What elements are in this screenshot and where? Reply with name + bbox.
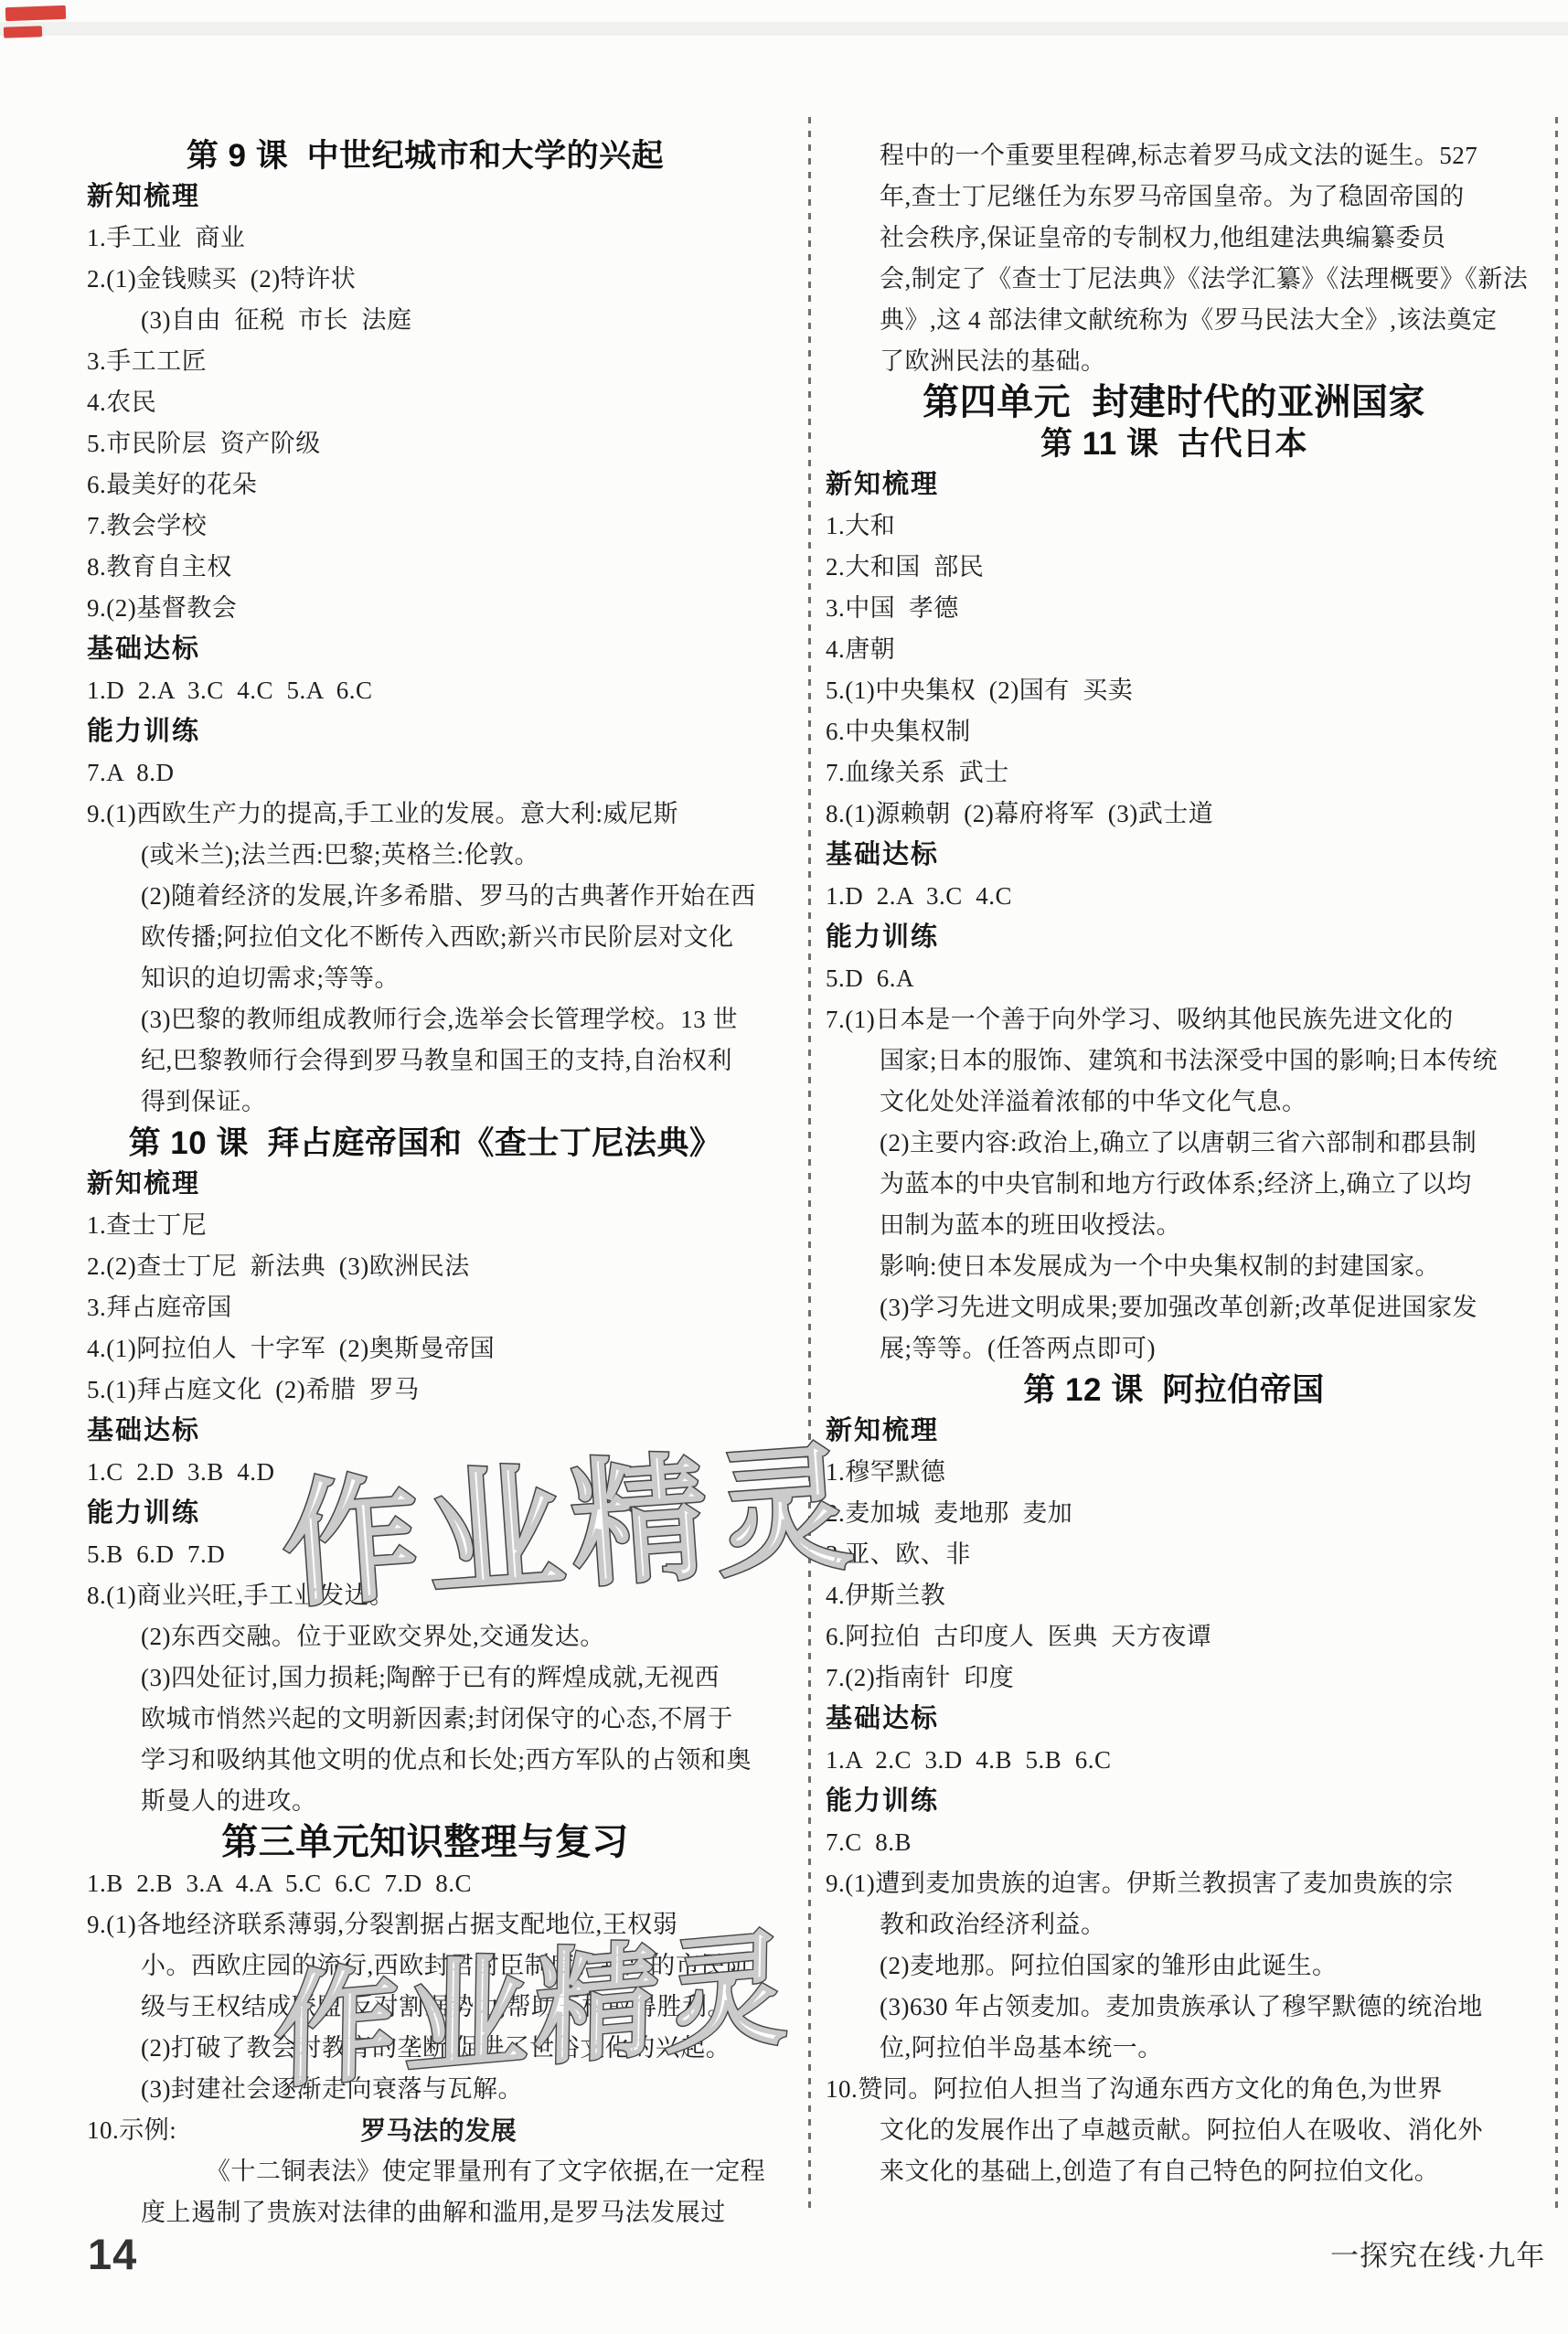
text-line: 2.大和国 部民 xyxy=(826,547,1522,588)
text-line: 9.(1)西欧生产力的提高,手工业的发展。意大利:威尼斯 xyxy=(87,794,763,835)
text-line: 9.(2)基督教会 xyxy=(87,588,763,629)
section-header: 基础达标 xyxy=(826,1699,1522,1740)
text-line: 1.D 2.A 3.C 4.C 5.A 6.C xyxy=(87,670,763,711)
text-line: 来文化的基础上,创造了有自己特色的阿拉伯文化。 xyxy=(826,2151,1522,2192)
text-line: 1.穆罕默德 xyxy=(826,1452,1522,1493)
text-line: 6.阿拉伯 古印度人 医典 天方夜谭 xyxy=(826,1616,1522,1657)
text-line: 10.赞同。阿拉伯人担当了沟通东西方文化的角色,为世界 xyxy=(826,2069,1522,2110)
right-column: 程中的一个重要里程碑,标志着罗马成文法的诞生。527年,查士丁尼继任为东罗马帝国… xyxy=(826,135,1522,2192)
section-header: 基础达标 xyxy=(826,835,1522,876)
text-line: 4.唐朝 xyxy=(826,629,1522,670)
text-line: 7.A 8.D xyxy=(87,752,763,794)
example-line: 10.示例:罗马法的发展 xyxy=(87,2110,763,2151)
text-line: 7.教会学校 xyxy=(87,506,763,547)
section-header: 能力训练 xyxy=(87,711,763,752)
text-line: (3)自由 征税 市长 法庭 xyxy=(87,300,763,341)
scanned-answer-page: { "page": { "number": "14", "footer_text… xyxy=(0,0,1568,2334)
text-line: 文化的发展作出了卓越贡献。阿拉伯人在吸收、消化外 xyxy=(826,2110,1522,2151)
text-line: (2)主要内容:政治上,确立了以唐朝三省六部制和郡县制 xyxy=(826,1123,1522,1164)
text-line: 欧城市悄然兴起的文明新因素;封闭保守的心态,不屑于 xyxy=(87,1699,763,1740)
text-line: (3)巴黎的教师组成教师行会,选举会长管理学校。13 世 xyxy=(87,999,763,1040)
text-line: 为蓝本的中央官制和地方行政体系;经济上,确立了以均 xyxy=(826,1164,1522,1205)
text-line: 5.D 6.A xyxy=(826,958,1522,999)
text-line: 田制为蓝本的班田收授法。 xyxy=(826,1205,1522,1246)
text-line: 了欧洲民法的基础。 xyxy=(826,341,1522,382)
text-line: 4.伊斯兰教 xyxy=(826,1575,1522,1616)
text-line: 文化处处洋溢着浓郁的中华文化气息。 xyxy=(826,1082,1522,1123)
watermark-outlined-text: 作业精灵 xyxy=(268,1402,848,1643)
footer-brand-text: 一探究在线·九年 xyxy=(1330,2233,1545,2274)
text-line: 4.农民 xyxy=(87,382,763,423)
section-header: 能力训练 xyxy=(826,1781,1522,1822)
lesson-title: 第 12 课 阿拉伯帝国 xyxy=(826,1369,1522,1411)
section-header: 新知梳理 xyxy=(87,176,763,218)
text-line: 影响:使日本发展成为一个中央集权制的封建国家。 xyxy=(826,1246,1522,1287)
text-line: 1.D 2.A 3.C 4.C xyxy=(826,876,1522,917)
text-line: 3.亚、欧、非 xyxy=(826,1534,1522,1575)
text-line: 会,制定了《查士丁尼法典》《法学汇纂》《法理概要》《新法 xyxy=(826,259,1522,300)
text-line: 知识的迫切需求;等等。 xyxy=(87,958,763,999)
text-line: 教和政治经济利益。 xyxy=(826,1904,1522,1945)
text-line: 1.大和 xyxy=(826,506,1522,547)
corner-red-mark xyxy=(5,5,66,21)
text-line: 1.B 2.B 3.A 4.A 5.C 6.C 7.D 8.C xyxy=(87,1863,763,1904)
text-line: 展;等等。(任答两点即可) xyxy=(826,1328,1522,1369)
text-line: 《十二铜表法》使定罪量刑有了文字依据,在一定程 xyxy=(87,2151,763,2192)
text-line: 2.麦加城 麦地那 麦加 xyxy=(826,1493,1522,1534)
section-header: 新知梳理 xyxy=(87,1164,763,1205)
text-line: 7.C 8.B xyxy=(826,1822,1522,1863)
example-title: 罗马法的发展 xyxy=(360,2110,517,2151)
section-header: 能力训练 xyxy=(826,917,1522,958)
text-line: 5.市民阶层 资产阶级 xyxy=(87,423,763,464)
lesson-title: 第 9 课 中世纪城市和大学的兴起 xyxy=(87,135,763,176)
page-number: 14 xyxy=(88,2229,137,2279)
unit-title: 第四单元 封建时代的亚洲国家 xyxy=(826,382,1522,423)
text-line: 典》,这 4 部法律文献统称为《罗马民法大全》,该法奠定 xyxy=(826,300,1522,341)
text-line: 7.(1)日本是一个善于向外学习、吸纳其他民族先进文化的 xyxy=(826,999,1522,1040)
text-line: 5.(1)中央集权 (2)国有 买卖 xyxy=(826,670,1522,711)
text-line: 位,阿拉伯半岛基本统一。 xyxy=(826,2028,1522,2069)
column-divider-dashed-line xyxy=(808,117,811,2215)
text-line: 5.(1)拜占庭文化 (2)希腊 罗马 xyxy=(87,1369,763,1411)
text-line: (3)四处征讨,国力损耗;陶醉于已有的辉煌成就,无视西 xyxy=(87,1657,763,1699)
text-line: 9.(1)遭到麦加贵族的迫害。伊斯兰教损害了麦加贵族的宗 xyxy=(826,1863,1522,1904)
text-line: 8.教育自主权 xyxy=(87,547,763,588)
scan-shadow-band xyxy=(0,22,1568,36)
text-line: (3)学习先进文明成果;要加强改革创新;改革促进国家发 xyxy=(826,1287,1522,1328)
section-header: 新知梳理 xyxy=(826,464,1522,506)
text-line: 3.拜占庭帝国 xyxy=(87,1287,763,1328)
corner-red-mark xyxy=(4,26,42,37)
watermark-text: 作业精灵 xyxy=(277,1430,864,1624)
text-line: 得到保证。 xyxy=(87,1082,763,1123)
text-line: 7.血缘关系 武士 xyxy=(826,752,1522,794)
unit-title: 第三单元知识整理与复习 xyxy=(87,1822,763,1863)
text-line: 6.最美好的花朵 xyxy=(87,464,763,506)
text-line: (或米兰);法兰西:巴黎;英格兰:伦敦。 xyxy=(87,835,763,876)
text-line: 社会秩序,保证皇帝的专制权力,他组建法典编纂委员 xyxy=(826,218,1522,259)
text-line: (3)630 年占领麦加。麦加贵族承认了穆罕默德的统治地 xyxy=(826,1987,1522,2028)
example-label: 10.示例: xyxy=(87,2116,176,2144)
text-line: 1.A 2.C 3.D 4.B 5.B 6.C xyxy=(826,1740,1522,1781)
text-line: 6.中央集权制 xyxy=(826,711,1522,752)
text-line: 欧传播;阿拉伯文化不断传入西欧;新兴市民阶层对文化 xyxy=(87,917,763,958)
section-header: 新知梳理 xyxy=(826,1411,1522,1452)
text-line: 3.中国 孝德 xyxy=(826,588,1522,629)
text-line: (2)随着经济的发展,许多希腊、罗马的古典著作开始在西 xyxy=(87,876,763,917)
text-line: 1.查士丁尼 xyxy=(87,1205,763,1246)
text-line: 程中的一个重要里程碑,标志着罗马成文法的诞生。527 xyxy=(826,135,1522,176)
text-line: 2.(2)查士丁尼 新法典 (3)欧洲民法 xyxy=(87,1246,763,1287)
lesson-title: 第 10 课 拜占庭帝国和《查士丁尼法典》 xyxy=(87,1123,763,1164)
text-line: 1.手工业 商业 xyxy=(87,218,763,259)
text-line: 8.(1)源赖朝 (2)幕府将军 (3)武士道 xyxy=(826,794,1522,835)
text-line: 4.(1)阿拉伯人 十字军 (2)奥斯曼帝国 xyxy=(87,1328,763,1369)
text-line: 学习和吸纳其他文明的优点和长处;西方军队的占领和奥 xyxy=(87,1740,763,1781)
text-line: 纪,巴黎教师行会得到罗马教皇和国王的支持,自治权利 xyxy=(87,1040,763,1082)
text-line: (2)麦地那。阿拉伯国家的雏形由此诞生。 xyxy=(826,1945,1522,1987)
text-line: 国家;日本的服饰、建筑和书法深受中国的影响;日本传统 xyxy=(826,1040,1522,1082)
text-line: 斯曼人的进攻。 xyxy=(87,1781,763,1822)
text-line: 年,查士丁尼继任为东罗马帝国皇帝。为了稳固帝国的 xyxy=(826,176,1522,218)
text-line: 度上遏制了贵族对法律的曲解和滥用,是罗马法发展过 xyxy=(87,2192,763,2233)
text-line: 3.手工工匠 xyxy=(87,341,763,382)
section-header: 基础达标 xyxy=(87,629,763,670)
page-edge-dashed-line xyxy=(1555,117,1558,2215)
text-line: 7.(2)指南针 印度 xyxy=(826,1657,1522,1699)
text-line: 2.(1)金钱赎买 (2)特许状 xyxy=(87,259,763,300)
watermark-text: 作业精灵 xyxy=(273,1918,796,2103)
lesson-title: 第 11 课 古代日本 xyxy=(826,423,1522,464)
